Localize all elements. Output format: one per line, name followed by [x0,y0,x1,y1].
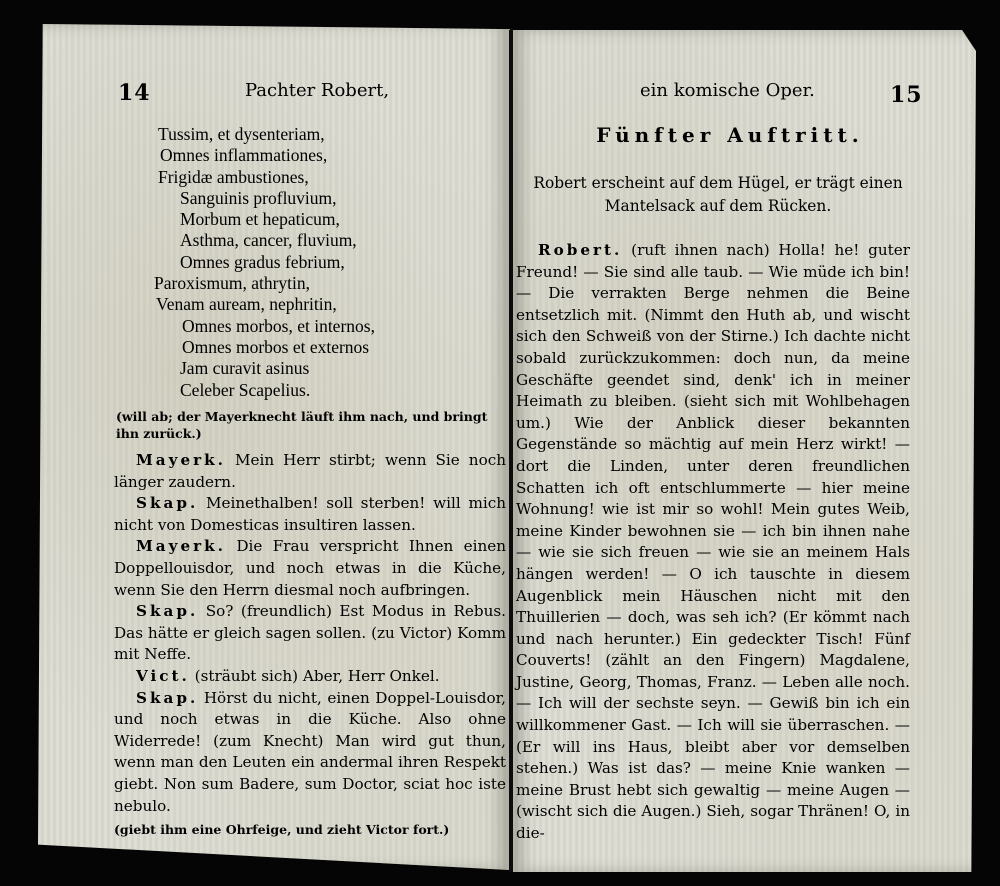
verse-line: Celeber Scapelius. [158,380,375,401]
stage-direction: (will ab; der Mayerknecht läuft ihm nach… [116,408,506,442]
dialogue-paragraph: Skap. Meinethalben! soll sterben! will m… [114,493,506,536]
speaker-name: Skap. [136,689,198,707]
verse-line: Omnes morbos, et internos, [158,316,375,337]
page-number-left: 14 [118,80,151,106]
dialogue-text: (sträubt sich) Aber, Herr Onkel. [195,667,440,685]
speaker-name: Skap. [136,494,198,512]
dialogue-paragraph: Robert. (ruft ihnen nach) Holla! he! gut… [516,240,910,845]
verse-line: Asthma, cancer, fluvium, [158,230,375,251]
speaker-name: Robert. [538,241,622,259]
scene-title: Fünfter Auftritt. [520,123,940,147]
verse-line: Tussim, et dysenteriam, [158,124,375,145]
verse-line: Venam auream, nephritin, [156,294,375,315]
dialogue-text: (ruft ihnen nach) Holla! he! guter Freun… [516,241,910,842]
book-gutter [509,30,513,872]
dialogue-block-left: Mayerk. Mein Herr stirbt; wenn Sie noch … [114,450,506,841]
verse-line: Sanguinis profluvium, [158,188,375,209]
speaker-name: Skap. [136,602,198,620]
running-head-left: Pachter Robert, [245,80,389,101]
dialogue-text: Hörst du nicht, einen Doppel-Louisdor, u… [114,689,506,815]
dialogue-paragraph: Mayerk. Die Frau verspricht Ihnen einen … [114,536,506,601]
speaker-name: Vict. [136,667,190,685]
latin-verse: Tussim, et dysenteriam, Omnes inflammati… [158,124,375,401]
dialogue-paragraph: Vict. (sträubt sich) Aber, Herr Onkel. [114,666,506,688]
stage-direction: (giebt ihm eine Ohrfeige, und zieht Vict… [114,819,506,841]
verse-line: Frigidæ ambustiones, [158,167,375,188]
verse-line: Paroxismum, athrytin, [154,273,375,294]
verse-line: Omnes gradus febrium, [158,252,375,273]
dialogue-paragraph: Skap. Hörst du nicht, einen Doppel-Louis… [114,688,506,818]
verse-line: Omnes inflammationes, [158,145,375,166]
speaker-name: Mayerk. [136,451,226,469]
verse-line: Omnes morbos et externos [158,337,375,358]
dialogue-block-right: Robert. (ruft ihnen nach) Holla! he! gut… [516,240,910,845]
dialogue-paragraph: Skap. So? (freundlich) Est Modus in Rebu… [114,601,506,666]
speaker-name: Mayerk. [136,537,226,555]
running-head-right: ein komische Oper. [640,80,815,101]
page-number-right: 15 [890,82,923,108]
verse-line: Jam curavit asinus [158,358,375,379]
verse-line: Morbum et hepaticum, [158,209,375,230]
scene-description: Robert erscheint auf dem Hügel, er trägt… [518,172,918,218]
dialogue-paragraph: Mayerk. Mein Herr stirbt; wenn Sie noch … [114,450,506,493]
